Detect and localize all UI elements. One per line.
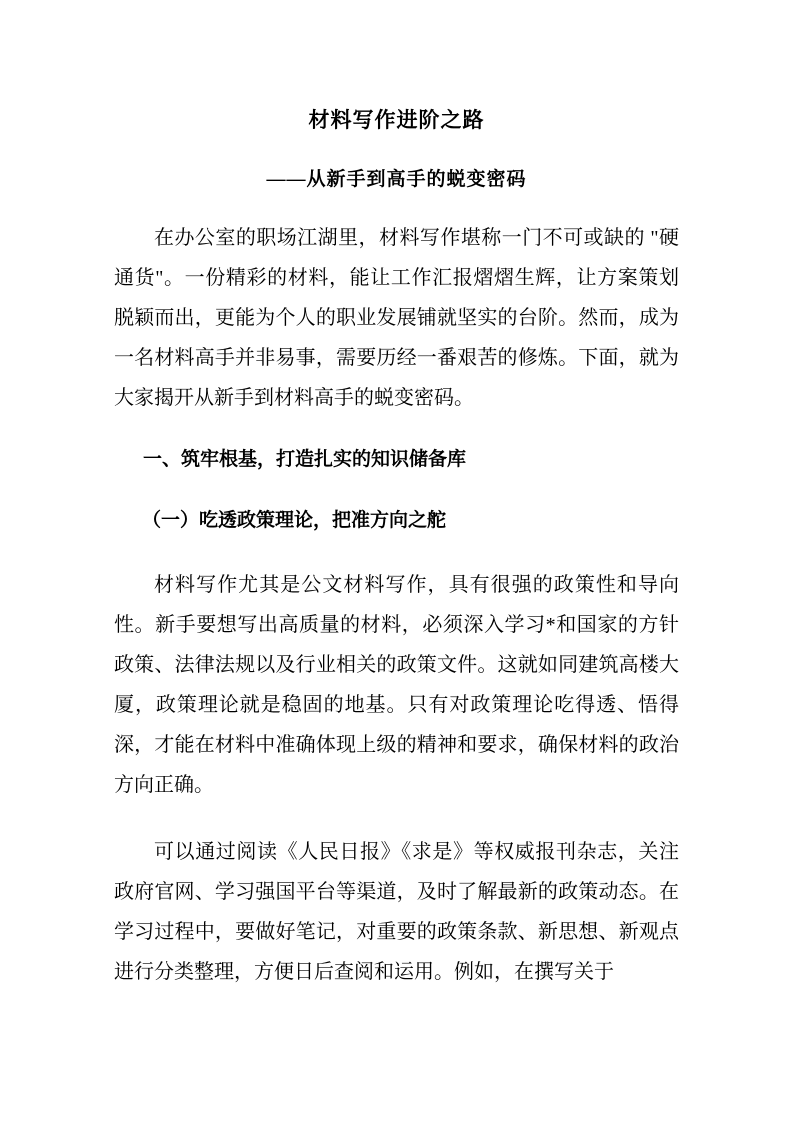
section-1-1-heading: （一）吃透政策理论，把准方向之舵 (114, 509, 679, 533)
reading-channels-paragraph: 可以通过阅读《人民日报》《求是》等权威报刊杂志，关注政府官网、学习强国平台等渠道… (114, 832, 679, 992)
intro-paragraph: 在办公室的职场江湖里，材料写作堪称一门不可或缺的 "硬通货"。一份精彩的材料，能… (114, 218, 679, 418)
document-subtitle: ——从新手到高手的蜕变密码 (114, 168, 679, 192)
policy-theory-paragraph: 材料写作尤其是公文材料写作，具有很强的政策性和导向性。新手要想写出高质量的材料，… (114, 565, 679, 805)
document-page: 材料写作进阶之路 ——从新手到高手的蜕变密码 在办公室的职场江湖里，材料写作堪称… (0, 0, 793, 1122)
document-title: 材料写作进阶之路 (114, 108, 679, 132)
section-1-heading: 一、筑牢根基，打造扎实的知识储备库 (114, 448, 679, 472)
